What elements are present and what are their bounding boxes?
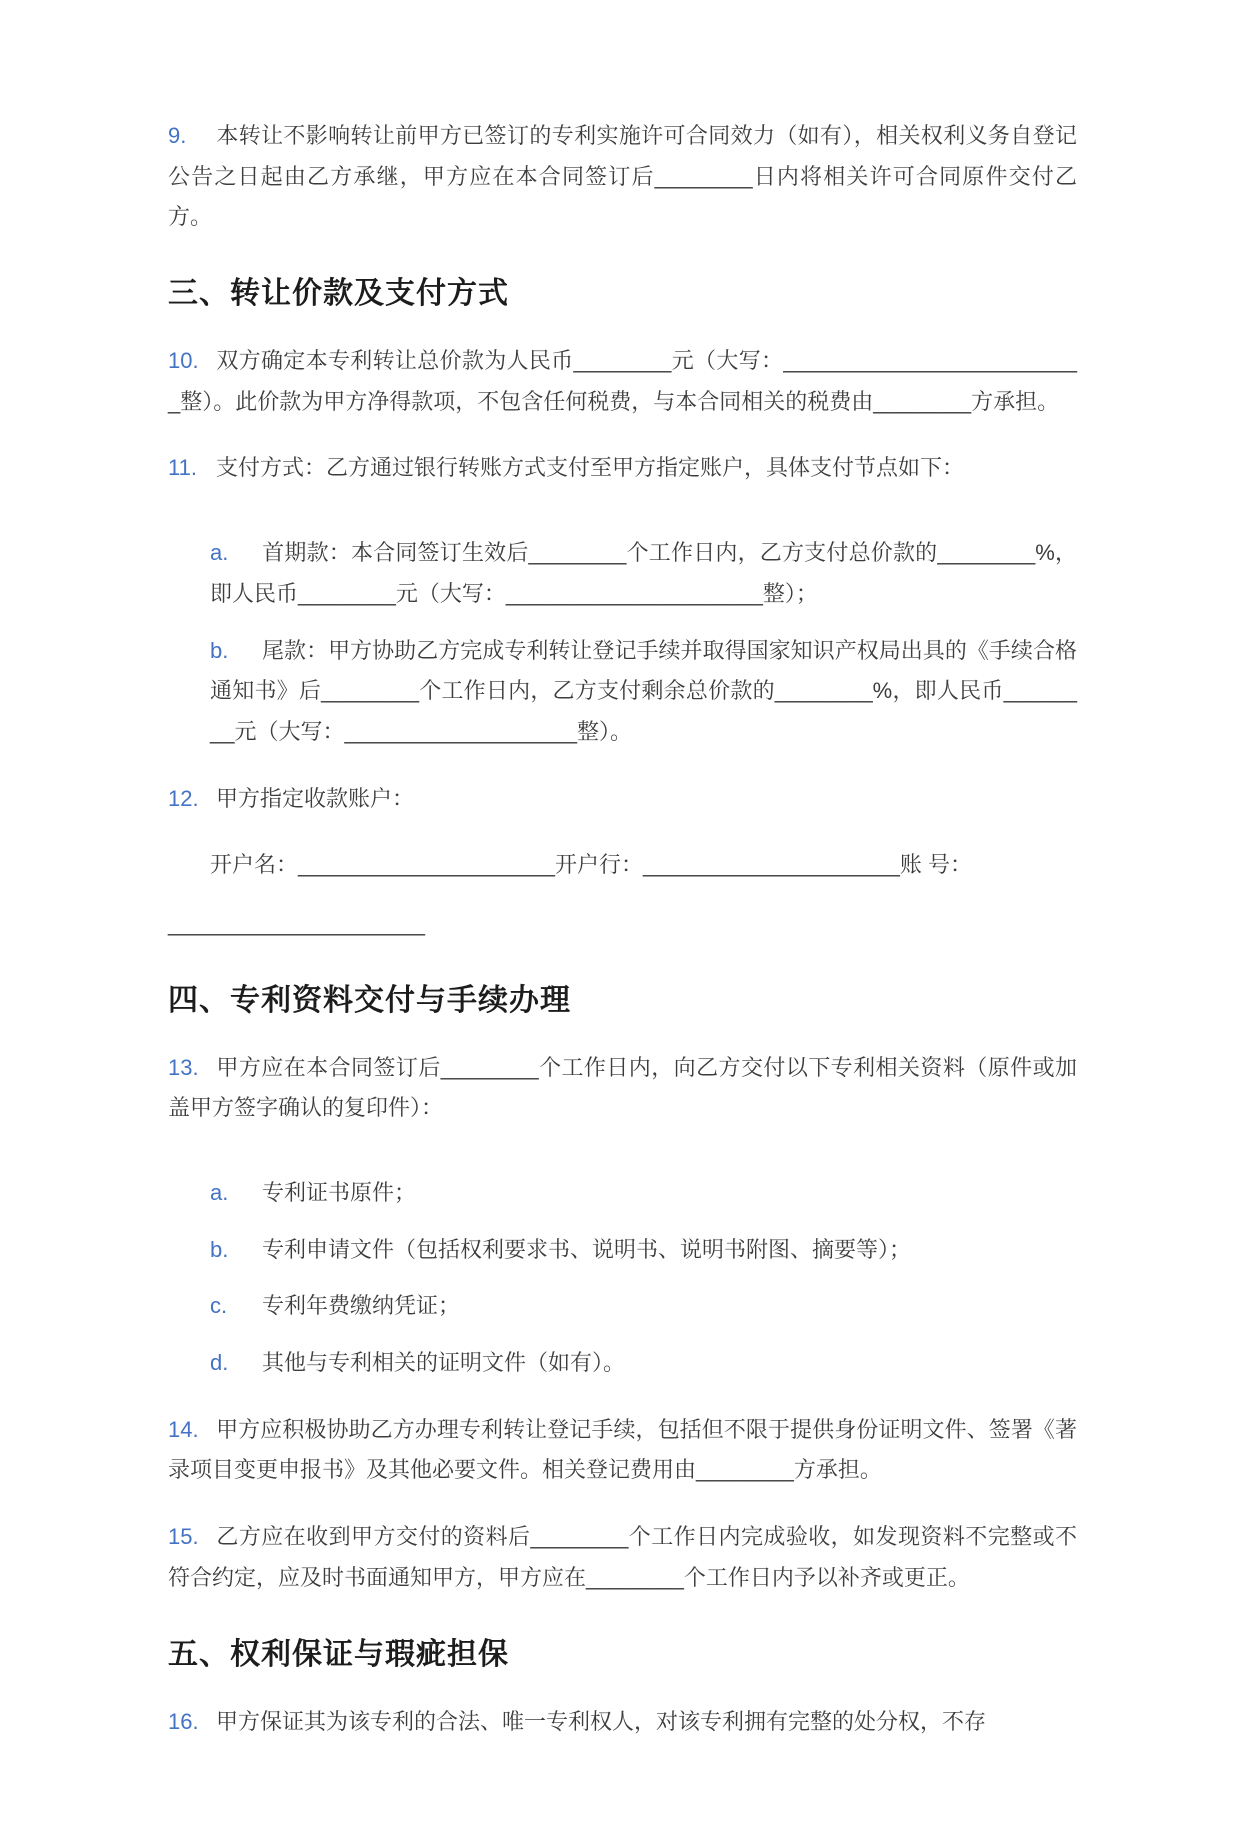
clause-16: 16.甲方保证其为该专利的合法、唯一专利权人，对该专利拥有完整的处分权，不存 — [168, 1702, 1077, 1743]
clause-9: 9.本转让不影响转让前甲方已签订的专利实施许可合同效力（如有），相关权利义务自登… — [168, 116, 1077, 238]
clause-9-text: 本转让不影响转让前甲方已签订的专利实施许可合同效力（如有），相关权利义务自登记公… — [168, 123, 1077, 229]
subitem-a-letter: a. — [210, 533, 262, 574]
clause-9-number: 9. — [168, 116, 216, 157]
clause-14: 14.甲方应积极协助乙方办理专利转让登记手续，包括但不限于提供身份证明文件、签署… — [168, 1410, 1077, 1491]
materials-d-text: 其他与专利相关的证明文件（如有）。 — [262, 1350, 625, 1375]
materials-subitem-d: d.其他与专利相关的证明文件（如有）。 — [210, 1343, 1077, 1384]
payment-schedule-sublist: a.首期款：本合同签订生效后________个工作日内，乙方支付总价款的____… — [210, 533, 1077, 752]
payment-subitem-b: b.尾款：甲方协助乙方完成专利转让登记手续并取得国家知识产权局出具的《手续合格通… — [210, 631, 1077, 753]
section-heading-materials-procedures: 四、专利资料交付与手续办理 — [168, 981, 1077, 1020]
subitem-a-text: 首期款：本合同签订生效后________个工作日内，乙方支付总价款的______… — [210, 540, 1077, 606]
account-number-blank-line: _____________________ — [168, 904, 1077, 945]
clause-10: 10.双方确定本专利转让总价款为人民币________元（大写：________… — [168, 341, 1077, 422]
materials-a-text: 专利证书原件； — [262, 1180, 416, 1205]
bank-account-line: 开户名：_____________________开户行：___________… — [210, 845, 1077, 886]
clause-11: 11.支付方式：乙方通过银行转账方式支付至甲方指定账户，具体支付节点如下： — [168, 448, 1077, 489]
clause-13: 13.甲方应在本合同签订后________个工作日内，向乙方交付以下专利相关资料… — [168, 1048, 1077, 1129]
contract-document-page: 9.本转让不影响转让前甲方已签订的专利实施许可合同效力（如有），相关权利义务自登… — [0, 0, 1241, 1848]
materials-c-text: 专利年费缴纳凭证； — [262, 1293, 460, 1318]
materials-d-letter: d. — [210, 1343, 262, 1384]
clause-15-number: 15. — [168, 1517, 216, 1558]
clause-13-text: 甲方应在本合同签订后________个工作日内，向乙方交付以下专利相关资料（原件… — [168, 1055, 1077, 1121]
payment-subitem-a: a.首期款：本合同签订生效后________个工作日内，乙方支付总价款的____… — [210, 533, 1077, 614]
clause-14-text: 甲方应积极协助乙方办理专利转让登记手续，包括但不限于提供身份证明文件、签署《著录… — [168, 1417, 1077, 1483]
materials-subitem-a: a.专利证书原件； — [210, 1173, 1077, 1214]
clause-14-number: 14. — [168, 1410, 216, 1451]
section-heading-price-payment: 三、转让价款及支付方式 — [168, 274, 1077, 313]
clause-13-number: 13. — [168, 1048, 216, 1089]
section-heading-warranty: 五、权利保证与瑕疵担保 — [168, 1635, 1077, 1674]
materials-subitem-c: c.专利年费缴纳凭证； — [210, 1286, 1077, 1327]
materials-subitem-b: b.专利申请文件（包括权利要求书、说明书、说明书附图、摘要等）； — [210, 1230, 1077, 1271]
clause-10-text: 双方确定本专利转让总价款为人民币________元（大写：___________… — [168, 348, 1077, 414]
clause-11-number: 11. — [168, 448, 216, 489]
materials-a-letter: a. — [210, 1173, 262, 1214]
materials-b-text: 专利申请文件（包括权利要求书、说明书、说明书附图、摘要等）； — [262, 1237, 911, 1262]
clause-15-text: 乙方应在收到甲方交付的资料后________个工作日内完成验收，如发现资料不完整… — [168, 1524, 1077, 1590]
subitem-b-letter: b. — [210, 631, 262, 672]
clause-11-text: 支付方式：乙方通过银行转账方式支付至甲方指定账户，具体支付节点如下： — [216, 455, 964, 480]
clause-16-text: 甲方保证其为该专利的合法、唯一专利权人，对该专利拥有完整的处分权，不存 — [216, 1709, 986, 1734]
materials-sublist: a.专利证书原件； b.专利申请文件（包括权利要求书、说明书、说明书附图、摘要等… — [210, 1173, 1077, 1384]
clause-16-number: 16. — [168, 1702, 216, 1743]
clause-12-text: 甲方指定收款账户： — [216, 786, 414, 811]
materials-c-letter: c. — [210, 1286, 262, 1327]
clause-15: 15.乙方应在收到甲方交付的资料后________个工作日内完成验收，如发现资料… — [168, 1517, 1077, 1598]
materials-b-letter: b. — [210, 1230, 262, 1271]
clause-12-number: 12. — [168, 779, 216, 820]
clause-12: 12.甲方指定收款账户： — [168, 779, 1077, 820]
subitem-b-text: 尾款：甲方协助乙方完成专利转让登记手续并取得国家知识产权局出具的《手续合格通知书… — [210, 638, 1077, 744]
clause-10-number: 10. — [168, 341, 216, 382]
